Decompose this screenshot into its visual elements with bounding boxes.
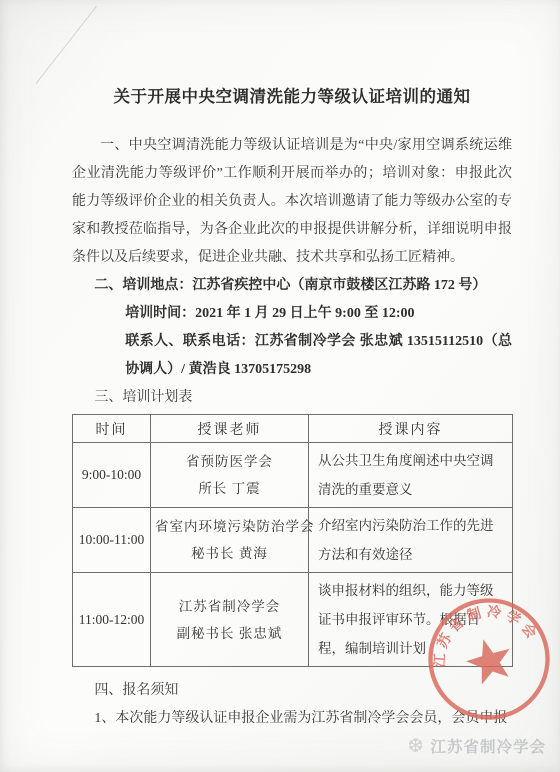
watermark-text: 江苏省制冷学会 <box>430 735 546 757</box>
time-cell: 11:00-12:00 <box>73 573 151 667</box>
teacher-name: 所长 丁震 <box>155 475 304 502</box>
teacher-name: 副秘书长 张忠斌 <box>155 620 304 647</box>
column-header-time: 时间 <box>73 415 151 443</box>
table-row: 11:00-12:00 江苏省制冷学会 副秘书长 张忠斌 谈申报材料的组织，能力… <box>73 573 513 667</box>
watermark: ❆ 江苏省制冷学会 <box>408 735 546 757</box>
teacher-cell: 省预防医学会 所长 丁震 <box>151 443 309 508</box>
snowflake-logo-icon: ❆ <box>408 737 425 756</box>
teacher-org: 省室内环境污染防治学会 <box>155 513 304 540</box>
page-title: 关于开展中央空调清洗能力等级认证培训的通知 <box>72 86 512 108</box>
scanned-notice-page: 关于开展中央空调清洗能力等级认证培训的通知 一、中央空调清洗能力等级认证培训是为… <box>0 0 560 772</box>
column-header-content: 授课内容 <box>309 415 513 443</box>
section-3-heading: 三、培训计划表 <box>72 384 512 412</box>
section-1-paragraph: 一、中央空调清洗能力等级认证培训是为“中央/家用空调系统运维企业清洗能力等级评价… <box>72 132 512 272</box>
content-cell: 介绍室内污染防治工作的先进方法和有效途径 <box>309 508 513 573</box>
section-4-item: 1、本次能力等级认证申报企业需为江苏省制冷学会会员，会员申报 <box>72 705 512 733</box>
teacher-name: 秘书长 黄海 <box>155 540 304 567</box>
teacher-org: 江苏省制冷学会 <box>155 593 304 620</box>
teacher-cell: 省室内环境污染防治学会 秘书长 黄海 <box>151 508 309 573</box>
teacher-org: 省预防医学会 <box>155 448 304 475</box>
content-cell: 从公共卫生角度阐述中央空调清洗的重要意义 <box>309 443 513 508</box>
training-location-line: 二、培训地点：江苏省疾控中心（南京市鼓楼区江苏路 172 号） <box>72 272 512 300</box>
table-row: 10:00-11:00 省室内环境污染防治学会 秘书长 黄海 介绍室内污染防治工… <box>73 508 513 573</box>
training-time-line: 培训时间：2021 年 1 月 29 日上午 9:00 至 12:00 <box>72 300 512 328</box>
training-schedule-table: 时间 授课老师 授课内容 9:00-10:00 省预防医学会 所长 丁震 从公共… <box>72 414 513 667</box>
column-header-teacher: 授课老师 <box>151 415 309 443</box>
content-cell: 谈申报材料的组织，能力等级证书申报评审环节。根据日程，编制培训计划 <box>309 573 513 667</box>
section-2-block: 二、培训地点：江苏省疾控中心（南京市鼓楼区江苏路 172 号） 培训时间：202… <box>72 272 512 384</box>
table-row: 9:00-10:00 省预防医学会 所长 丁震 从公共卫生角度阐述中央空调清洗的… <box>73 443 513 508</box>
time-cell: 9:00-10:00 <box>73 443 151 508</box>
contact-line: 联系人、联系电话：江苏省制冷学会 张忠斌 13515112510（总协调人）/ … <box>72 328 512 384</box>
time-cell: 10:00-11:00 <box>73 508 151 573</box>
document-content: 关于开展中央空调清洗能力等级认证培训的通知 一、中央空调清洗能力等级认证培训是为… <box>0 0 560 733</box>
teacher-cell: 江苏省制冷学会 副秘书长 张忠斌 <box>151 573 309 667</box>
section-4-heading: 四、报名须知 <box>72 677 512 705</box>
table-header-row: 时间 授课老师 授课内容 <box>73 415 513 443</box>
